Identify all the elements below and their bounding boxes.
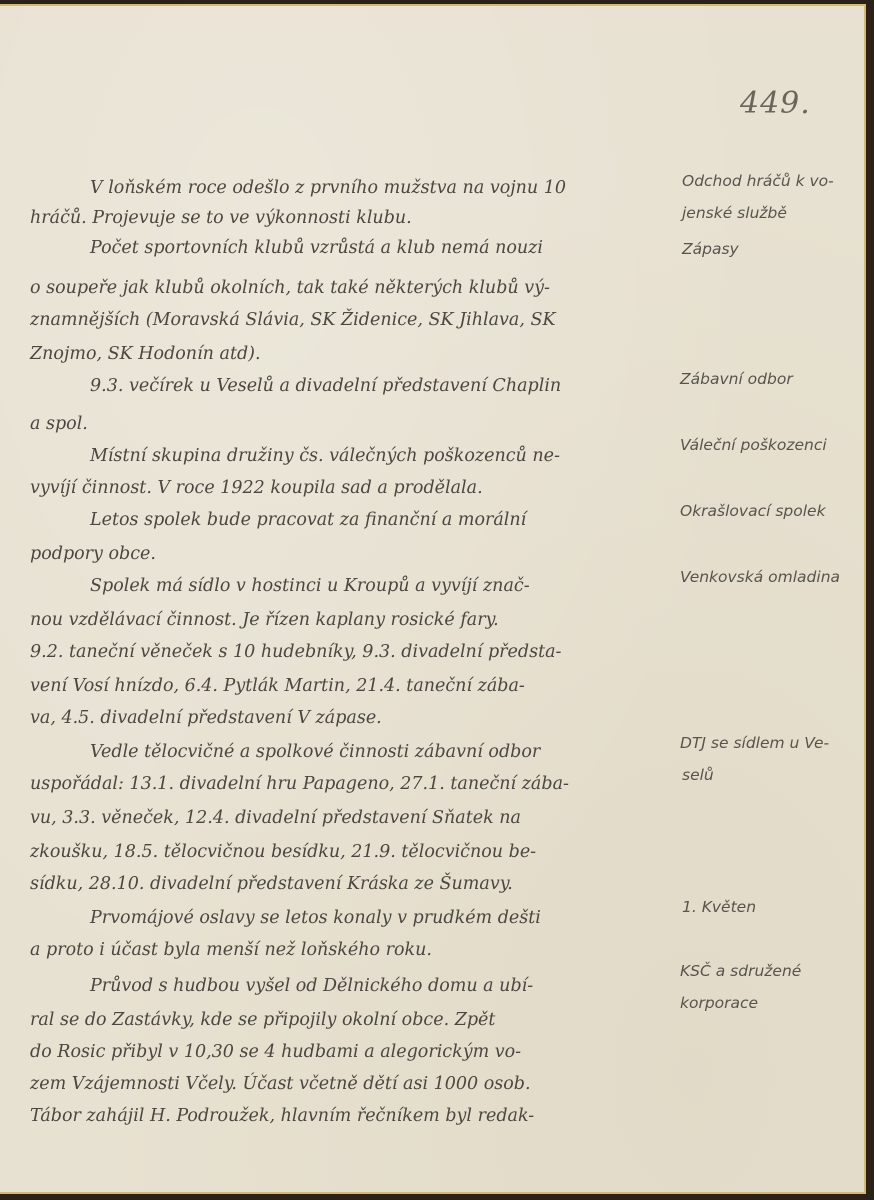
text-line: Vedle tělocvičné a spolkové činnosti záb…	[90, 742, 540, 762]
text-line: Počet sportovních klubů vzrůstá a klub n…	[90, 238, 543, 258]
text-line: Tábor zahájil H. Podroužek, hlavním řečn…	[30, 1106, 534, 1126]
page-number: 449.	[740, 86, 811, 121]
margin-note-matches: Zápasy	[682, 240, 739, 258]
text-line: podpory obce.	[30, 544, 156, 564]
text-line: Prvomájové oslavy se letos konaly v prud…	[90, 908, 541, 928]
text-line: Znojmo, SK Hodonín atd).	[30, 344, 261, 364]
text-line: nou vzdělávací činnost. Je řízen kaplany…	[30, 610, 499, 630]
ledger-page: 449. V loňském roce odešlo z prvního muž…	[0, 4, 866, 1194]
margin-note-dtj-cont: selů	[682, 766, 714, 784]
text-line: sídku, 28.10. divadelní představení Krás…	[30, 874, 513, 894]
text-line: uspořádal: 13.1. divadelní hru Papageno,…	[30, 774, 569, 794]
text-line: Spolek má sídlo v hostinci u Kroupů a vy…	[90, 576, 530, 596]
text-line: hráčů. Projevuje se to ve výkonnosti klu…	[30, 208, 412, 228]
text-line: Letos spolek bude pracovat za finanční a…	[90, 510, 526, 530]
text-line: ral se do Zastávky, kde se připojily oko…	[30, 1010, 495, 1030]
margin-note-ksc-cont: korporace	[680, 994, 758, 1012]
text-line: zem Vzájemnosti Včely. Účast včetně dětí…	[30, 1074, 531, 1094]
margin-note-ksc: KSČ a sdružené	[680, 962, 801, 980]
margin-note-players-departure-cont: jenské službě	[682, 204, 787, 222]
text-line: zkoušku, 18.5. tělocvičnou besídku, 21.9…	[30, 842, 536, 862]
text-line: o soupeře jak klubů okolních, tak také n…	[30, 278, 550, 298]
margin-note-rural-youth: Venkovská omladina	[680, 568, 840, 586]
margin-note-dtj: DTJ se sídlem u Ve-	[680, 734, 829, 752]
text-line: V loňském roce odešlo z prvního mužstva …	[90, 178, 566, 198]
text-line: a proto i účast byla menší než loňského …	[30, 940, 432, 960]
text-line: 9.3. večírek u Veselů a divadelní předst…	[90, 376, 561, 396]
text-line: Průvod s hudbou vyšel od Dělnického domu…	[90, 976, 533, 996]
text-line: do Rosic přibyl v 10,30 se 4 hudbami a a…	[30, 1042, 521, 1062]
margin-note-war-victims: Váleční poškozenci	[680, 436, 827, 454]
margin-note-entertainment-dept: Zábavní odbor	[680, 370, 793, 388]
margin-note-players-departure: Odchod hráčů k vo-	[682, 172, 834, 190]
text-line: va, 4.5. divadelní představení V zápase.	[30, 708, 382, 728]
margin-note-beautification-society: Okrašlovací spolek	[680, 502, 826, 520]
margin-note-may-day: 1. Květen	[682, 898, 756, 916]
text-line: 9.2. taneční věneček s 10 hudebníky, 9.3…	[30, 642, 561, 662]
text-line: vu, 3.3. věneček, 12.4. divadelní předst…	[30, 808, 521, 828]
text-line: a spol.	[30, 414, 88, 434]
text-line: vyvíjí činnost. V roce 1922 koupila sad …	[30, 478, 483, 498]
text-line: Místní skupina družiny čs. válečných poš…	[90, 446, 560, 466]
text-line: vení Vosí hnízdo, 6.4. Pytlák Martin, 21…	[30, 676, 525, 696]
text-line: znamnějších (Moravská Slávia, SK Židenic…	[30, 310, 556, 330]
